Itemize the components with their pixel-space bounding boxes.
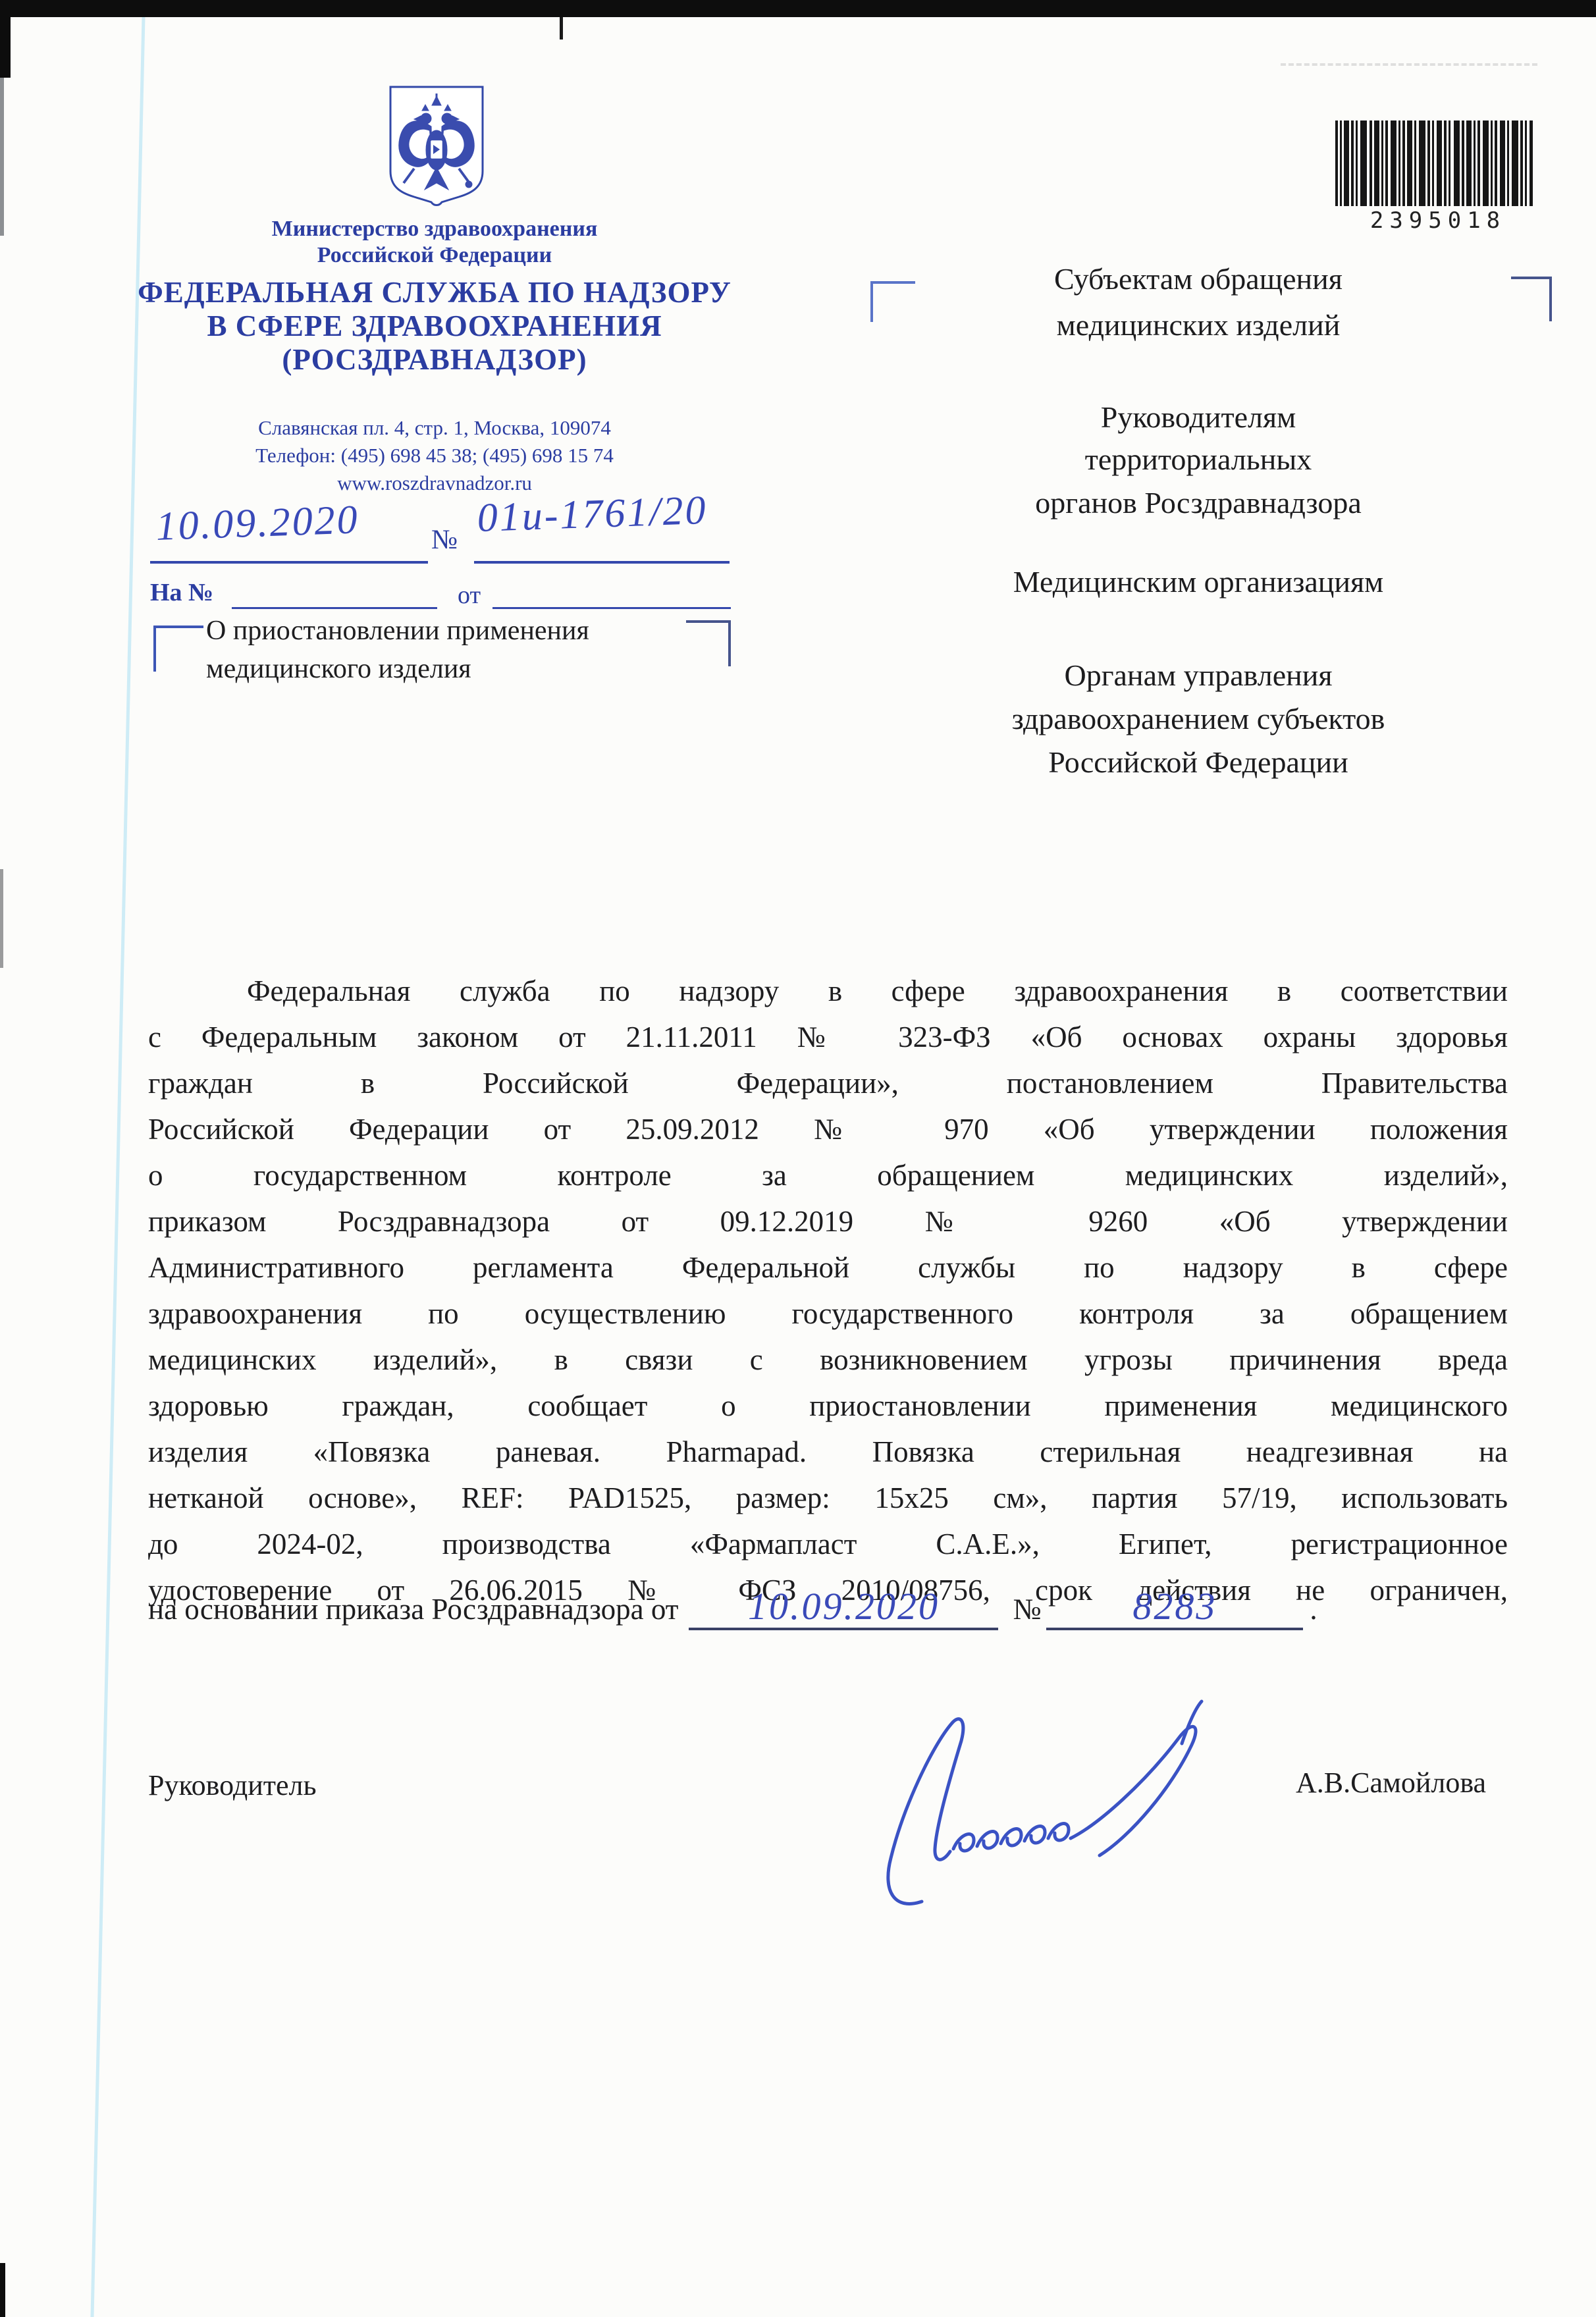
- body-line: Федеральная служба по надзору в сфере зд…: [247, 968, 1508, 1014]
- date-underline: [150, 561, 428, 564]
- handwritten-order-date: 10.09.2020: [689, 1585, 998, 1630]
- service-name-line1: ФЕДЕРАЛЬНАЯ СЛУЖБА ПО НАДЗОРУ: [125, 276, 744, 309]
- service-name-line2: В СФЕРЕ ЗДРАВООХРАНЕНИЯ: [125, 309, 744, 342]
- org-address: Славянская пл. 4, стр. 1, Москва, 109074: [125, 415, 744, 441]
- recipient-line: Медицинским организациям: [895, 565, 1501, 599]
- barcode-icon: [1335, 120, 1541, 206]
- recipient-line: органов Росздравнадзора: [895, 486, 1501, 520]
- body-line: медицинских изделий», в связи с возникно…: [148, 1337, 1508, 1383]
- body-line: приказом Росздравнадзора от 09.12.2019 №…: [148, 1198, 1508, 1244]
- recipient-line: Руководителям: [895, 400, 1501, 435]
- signer-name: А.В.Самойлова: [1296, 1766, 1486, 1799]
- number-underline: [474, 561, 730, 564]
- recipient-line: территориальных: [895, 442, 1501, 477]
- body-line: нетканой основе», REF: PAD1525, размер: …: [148, 1475, 1508, 1521]
- subject-line1: О приостановлении применения: [206, 615, 589, 647]
- reply-date-label: от: [458, 581, 481, 610]
- recipient-line: Субъектам обращения: [895, 262, 1501, 296]
- coat-of-arms-icon: [384, 84, 489, 207]
- subject-line2: медицинского изделия: [206, 653, 471, 685]
- service-name-line3: (РОСЗДРАВНАДЗОР): [125, 343, 744, 376]
- handwritten-letter-number: 01и-1761/20: [477, 487, 708, 542]
- number-sign: №: [431, 524, 458, 556]
- body-line: здоровью граждан, сообщает о приостановл…: [148, 1383, 1508, 1429]
- signature-icon: [823, 1683, 1323, 1920]
- order-number-sign: №: [1013, 1592, 1041, 1626]
- recipient-line: Органам управления: [895, 658, 1501, 693]
- recipient-line: здравоохранением субъектов: [895, 702, 1501, 736]
- reply-date-underline: [492, 607, 731, 609]
- org-phone: Телефон: (495) 698 45 38; (495) 698 15 7…: [125, 442, 744, 469]
- body-line: с Федеральным законом от 21.11.2011 № 32…: [148, 1014, 1508, 1060]
- scanned-letter-page: Министерство здравоохранения Российской …: [0, 0, 1596, 2317]
- body-line: граждан в Российской Федерации», постано…: [148, 1060, 1508, 1106]
- body-last-line: на основании приказа Росздравнадзора от …: [148, 1585, 1524, 1630]
- handwritten-date: 10.09.2020: [155, 496, 360, 550]
- body-last-line-text: на основании приказа Росздравнадзора от: [148, 1592, 678, 1626]
- handwritten-order-number: 8283: [1046, 1585, 1303, 1630]
- barcode-number: 2395018: [1335, 207, 1541, 234]
- body-line: до 2024-02, производства «Фармапласт С.А…: [148, 1521, 1508, 1567]
- subject-bracket-right: [686, 620, 731, 666]
- reply-number-underline: [232, 607, 437, 609]
- subject-bracket-left: [153, 626, 203, 672]
- recipient-bracket-right: [1511, 277, 1552, 321]
- body-line: о государственном контроле за обращением…: [148, 1152, 1508, 1198]
- signer-title: Руководитель: [148, 1769, 317, 1802]
- reply-number-label: На №: [150, 578, 213, 607]
- recipient-line: Российской Федерации: [895, 745, 1501, 780]
- body-line: изделия «Повязка раневая. Pharmapad. Пов…: [148, 1429, 1508, 1475]
- body-line: Российской Федерации от 25.09.2012 № 970…: [148, 1106, 1508, 1152]
- body-line: здравоохранения по осуществлению государ…: [148, 1291, 1508, 1337]
- ministry-name-line1: Министерство здравоохранения: [125, 216, 744, 242]
- body-line: Административного регламента Федеральной…: [148, 1244, 1508, 1291]
- body-last-line-period: .: [1310, 1592, 1317, 1626]
- recipient-line: медицинских изделий: [895, 308, 1501, 342]
- ministry-name-line2: Российской Федерации: [125, 242, 744, 269]
